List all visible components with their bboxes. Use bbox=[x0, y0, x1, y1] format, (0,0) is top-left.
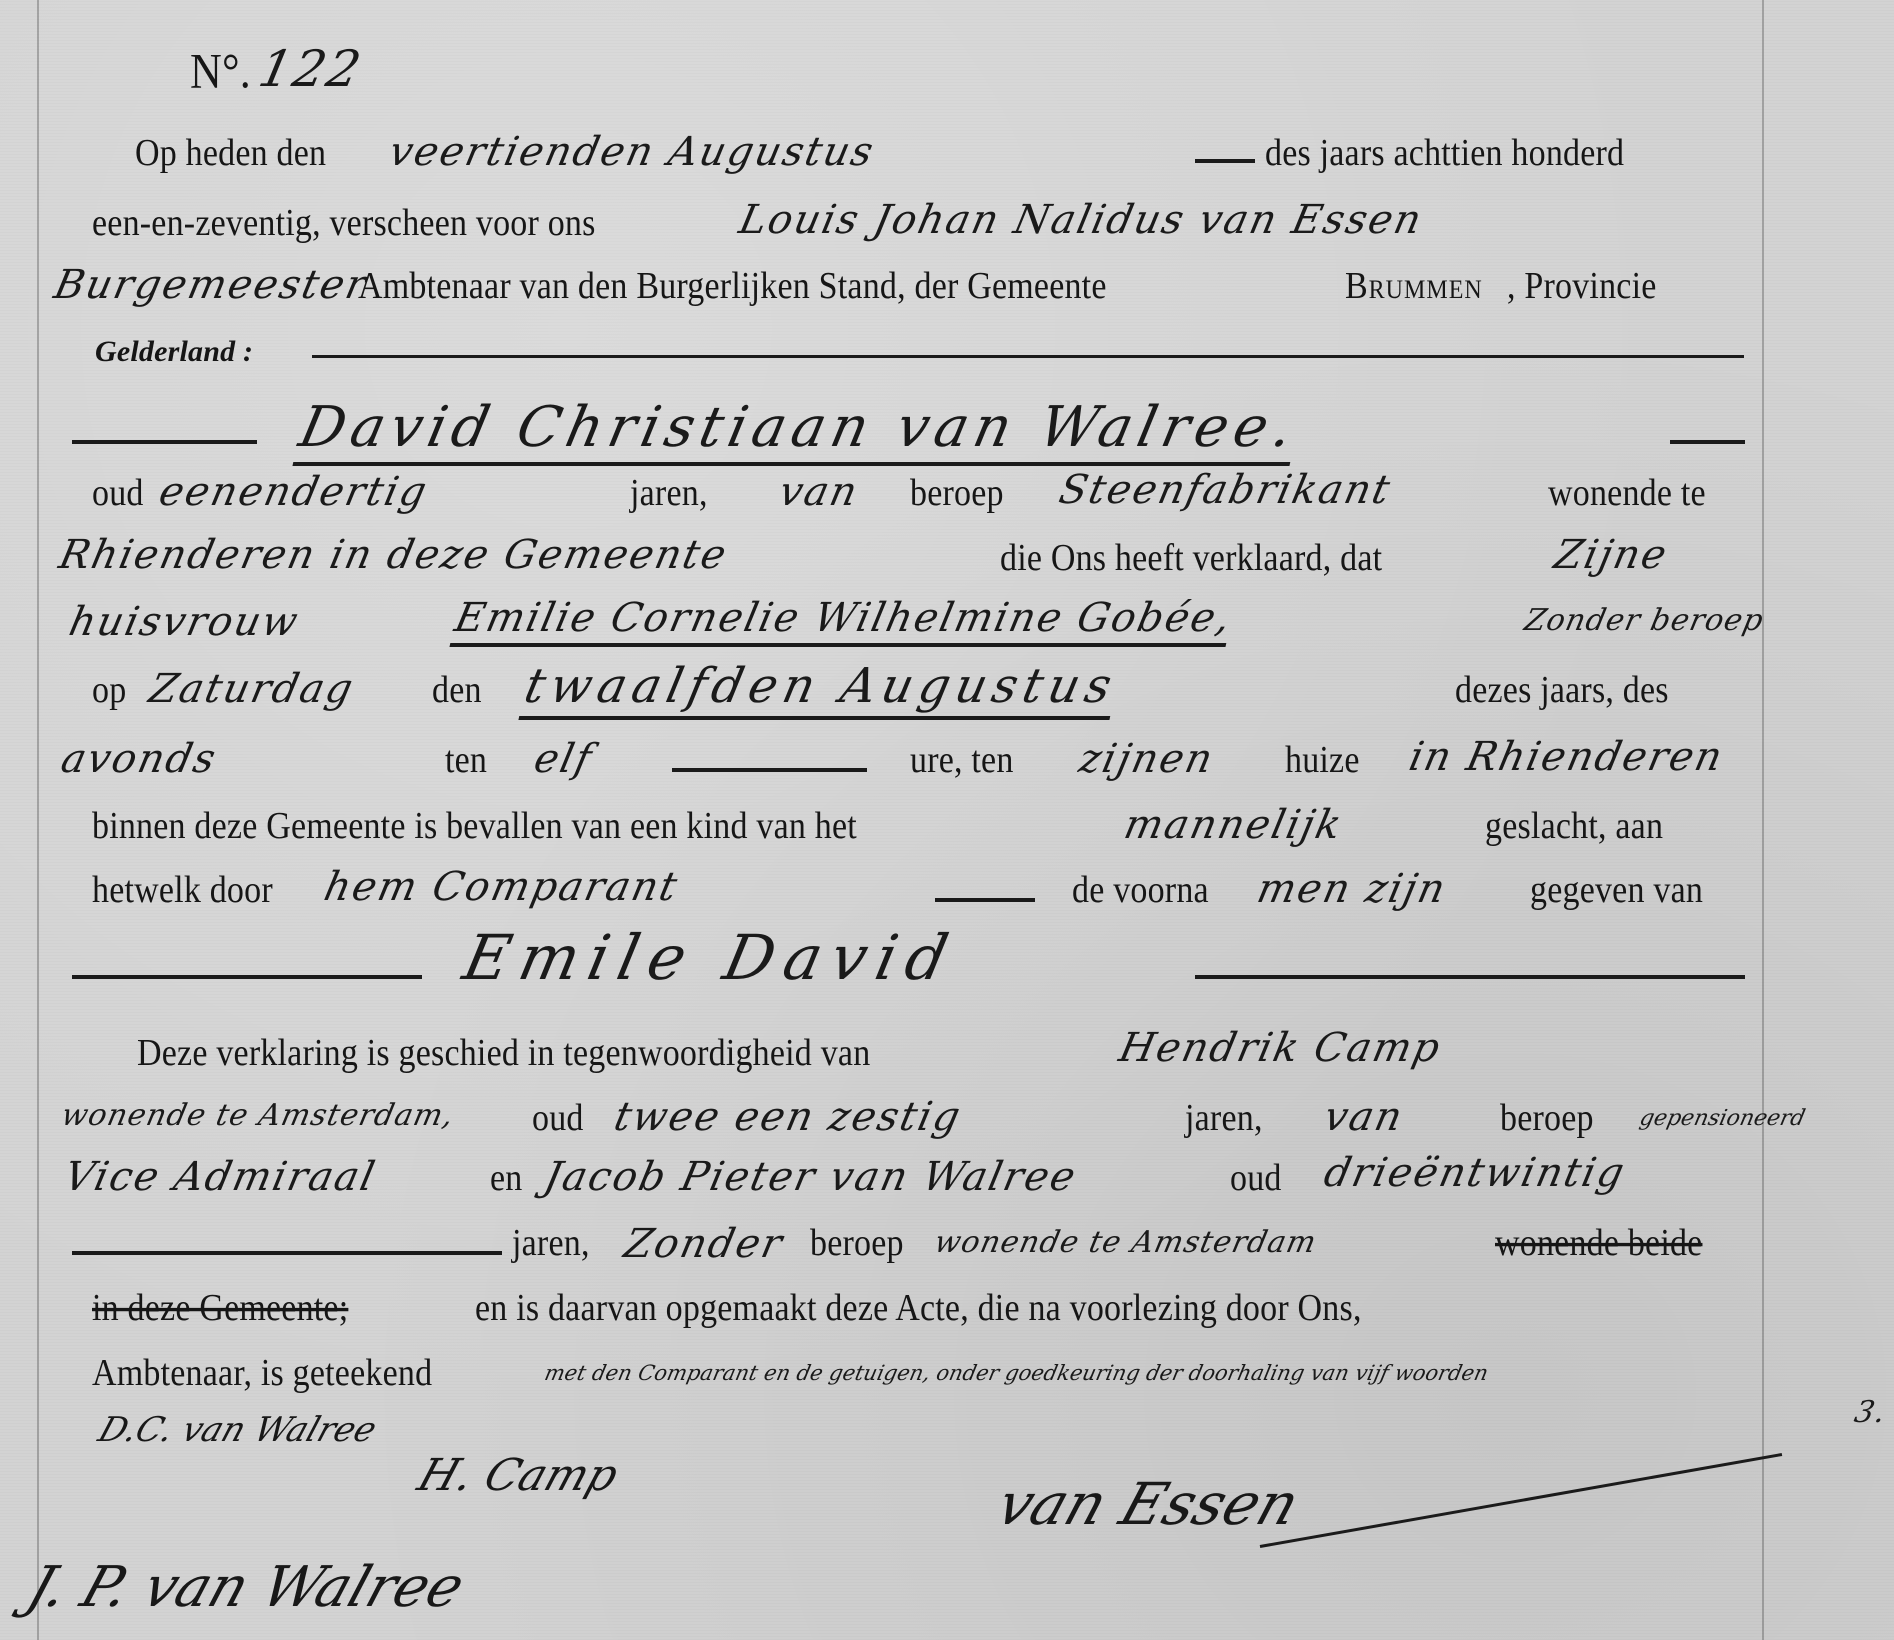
handwritten-text: men zijn bbox=[1253, 866, 1451, 912]
handwritten-residence: Rhienderen in deze Gemeente bbox=[55, 532, 732, 578]
printed-text: wonende te bbox=[1548, 473, 1706, 516]
handwritten-closing-note: met den Comparant en de getuigen, onder … bbox=[542, 1361, 1490, 1385]
printed-text: Deze verklaring is geschied in tegenwoor… bbox=[137, 1033, 870, 1076]
printed-text: ure, ten bbox=[910, 740, 1014, 783]
handwritten-weekday: Zaturdag bbox=[145, 666, 358, 712]
printed-text: die Ons heeft verklaard, dat bbox=[1000, 538, 1382, 581]
printed-text: en bbox=[490, 1158, 523, 1201]
handwritten-text: Zonder bbox=[620, 1221, 788, 1267]
record-number: N°. 122 bbox=[190, 40, 361, 100]
signature-father: D.C. van Walree bbox=[94, 1410, 382, 1450]
handwritten-text: van bbox=[775, 469, 863, 515]
handwritten-text: hem Comparant bbox=[320, 864, 683, 910]
handwritten-witness2-residence: wonende te Amsterdam bbox=[931, 1225, 1320, 1260]
printed-text: hetwelk door bbox=[92, 870, 273, 913]
printed-text: beroep bbox=[910, 473, 1004, 516]
printed-text: binnen deze Gemeente is bevallen van een… bbox=[92, 806, 857, 849]
province-name: Gelderland : bbox=[95, 335, 253, 369]
filler-rule bbox=[312, 355, 1744, 358]
printed-text: dezes jaars, des bbox=[1455, 670, 1669, 713]
handwritten-sex: mannelijk bbox=[1120, 802, 1347, 848]
handwritten-mother-occupation: Zonder beroep bbox=[1521, 603, 1767, 638]
number-label: N°. bbox=[190, 43, 251, 100]
handwritten-witness1-age: twee een zestig bbox=[610, 1094, 966, 1140]
printed-text: en is daarvan opgemaakt deze Acte, die n… bbox=[475, 1288, 1362, 1331]
printed-text: gegeven van bbox=[1530, 870, 1703, 913]
municipality-name: Brummen bbox=[1345, 266, 1483, 309]
handwritten-text: van bbox=[1320, 1094, 1408, 1140]
handwritten-text: huisvrouw bbox=[65, 599, 303, 645]
handwritten-birth-date: twaalfden Augustus bbox=[518, 658, 1122, 720]
printed-text: jaren, bbox=[630, 473, 708, 516]
printed-text: beroep bbox=[1500, 1098, 1594, 1141]
filler-dash bbox=[1670, 440, 1745, 444]
printed-text: de voorna bbox=[1072, 870, 1209, 913]
handwritten-time-of-day: avonds bbox=[57, 736, 221, 782]
handwritten-occupation: Steenfabrikant bbox=[1055, 467, 1395, 513]
printed-text: Ambtenaar, is geteekend bbox=[92, 1353, 432, 1396]
printed-text: een-en-zeventig, verscheen voor ons bbox=[92, 203, 596, 246]
printed-text: op bbox=[92, 670, 126, 713]
printed-text: den bbox=[432, 670, 482, 713]
handwritten-title: Burgemeester bbox=[50, 262, 372, 308]
handwritten-date: veertienden Augustus bbox=[385, 129, 879, 175]
handwritten-text: Zijne bbox=[1550, 532, 1672, 578]
handwritten-age: eenendertig bbox=[155, 469, 432, 515]
struck-printed-text: in deze Gemeente; bbox=[92, 1288, 348, 1331]
filler-dash bbox=[72, 975, 422, 979]
handwritten-birthplace: in Rhienderen bbox=[1405, 734, 1728, 780]
printed-text: huize bbox=[1285, 740, 1360, 783]
handwritten-hour: elf bbox=[530, 736, 597, 782]
filler-dash bbox=[1195, 975, 1745, 979]
signature-registrar: van Essen bbox=[989, 1470, 1308, 1538]
printed-text: jaren, bbox=[512, 1223, 590, 1266]
struck-printed-text: wonende beide bbox=[1495, 1223, 1702, 1266]
handwritten-witness1-residence: wonende te Amsterdam, bbox=[58, 1098, 457, 1133]
printed-text: oud bbox=[532, 1098, 584, 1141]
printed-text: des jaars achttien honderd bbox=[1265, 133, 1624, 176]
printed-text: geslacht, aan bbox=[1485, 806, 1663, 849]
printed-text: , Provincie bbox=[1507, 266, 1657, 309]
number-value: 122 bbox=[254, 40, 368, 98]
handwritten-witness1-name: Hendrik Camp bbox=[1115, 1025, 1446, 1071]
handwritten-text: zijnen bbox=[1075, 736, 1218, 782]
printed-text: beroep bbox=[810, 1223, 904, 1266]
signature-witness1: H. Camp bbox=[412, 1450, 625, 1501]
filler-dash bbox=[935, 898, 1035, 902]
printed-text: jaren, bbox=[1185, 1098, 1263, 1141]
handwritten-witness2-name: Jacob Pieter van Walree bbox=[540, 1154, 1081, 1200]
filler-dash bbox=[72, 1251, 502, 1255]
handwritten-father-name: David Christiaan van Walree. bbox=[292, 395, 1304, 466]
printed-text: Op heden den bbox=[135, 133, 326, 176]
handwritten-child-name: Emile David bbox=[457, 921, 964, 994]
filler-dash bbox=[1195, 159, 1255, 163]
printed-text: oud bbox=[1230, 1158, 1282, 1201]
filler-dash bbox=[72, 440, 257, 444]
handwritten-mother-name: Emilie Cornelie Wilhelmine Gobée, bbox=[449, 595, 1236, 647]
signature-witness2: J. P. van Walree bbox=[19, 1555, 472, 1620]
handwritten-witness1-occupation: gepensioneerd bbox=[1637, 1106, 1807, 1131]
printed-text: oud bbox=[92, 473, 144, 516]
right-margin-rule bbox=[1762, 0, 1764, 1640]
printed-text: Ambtenaar van den Burgerlijken Stand, de… bbox=[358, 266, 1107, 309]
left-margin-rule bbox=[37, 0, 39, 1640]
filler-dash bbox=[672, 768, 867, 772]
handwritten-witness1-rank: Vice Admiraal bbox=[60, 1154, 380, 1200]
handwritten-witness2-age: drieëntwintig bbox=[1320, 1150, 1630, 1196]
printed-text: ten bbox=[445, 740, 487, 783]
handwritten-registrar-name: Louis Johan Nalidus van Essen bbox=[735, 197, 1427, 243]
